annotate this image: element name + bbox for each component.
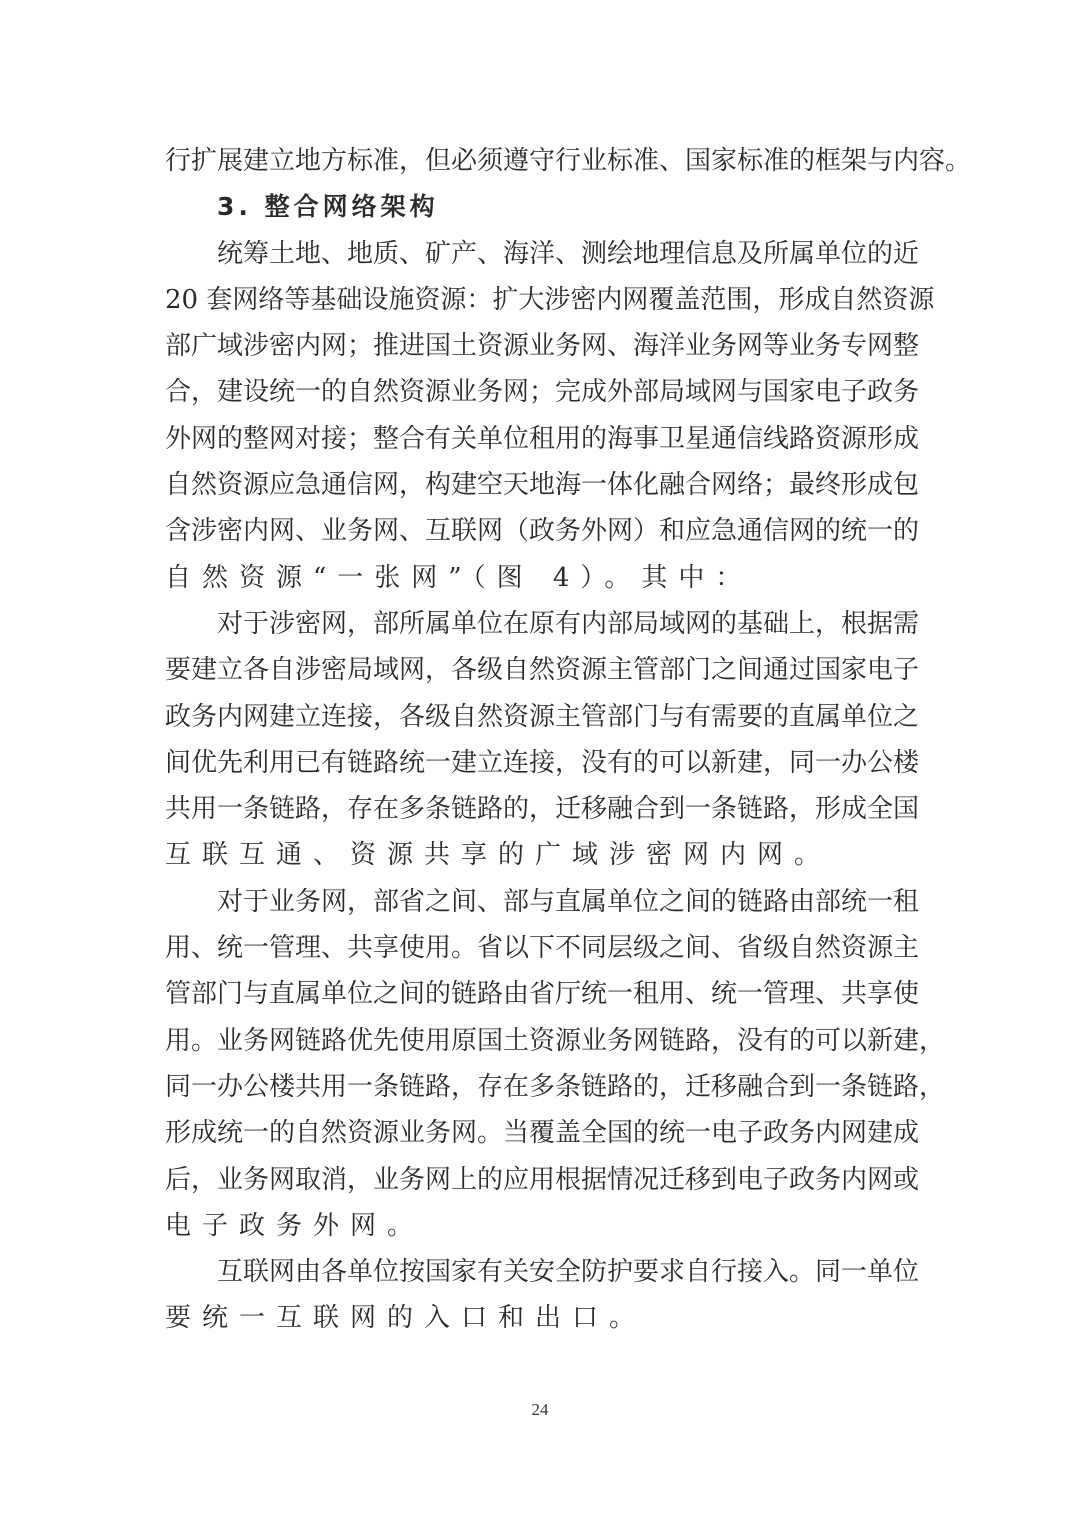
text-line: 管部门与直属单位之间的链路由省厅统一租用、统一管理、共享使	[165, 971, 907, 1017]
text-line: 用、统一管理、共享使用。省以下不同层级之间、省级自然资源主	[165, 925, 907, 971]
text-line: 共用一条链路，存在多条链路的，迁移融合到一条链路，形成全国	[165, 786, 907, 832]
text-line: 部广域涉密内网；推进国土资源业务网、海洋业务网等业务专网整	[165, 323, 907, 369]
paragraph-first-line: 对于涉密网，部所属单位在原有内部局域网的基础上，根据需	[165, 601, 907, 647]
paragraph-last-line: 互联互通、资源共享的广域涉密网内网。	[165, 832, 907, 878]
text-line: 要建立各自涉密局域网，各级自然资源主管部门之间通过国家电子	[165, 647, 907, 693]
paragraph-first-line: 统筹土地、地质、矿产、海洋、测绘地理信息及所属单位的近	[165, 231, 907, 277]
text-line: 间优先利用已有链路统一建立连接，没有的可以新建，同一办公楼	[165, 740, 907, 786]
paragraph-last-line: 电子政务外网。	[165, 1203, 907, 1249]
text-line: 形成统一的自然资源业务网。当覆盖全国的统一电子政务内网建成	[165, 1110, 907, 1156]
text-line: 含涉密内网、业务网、互联网（政务外网）和应急通信网的统一的	[165, 508, 907, 554]
text-line: 政务内网建立连接，各级自然资源主管部门与有需要的直属单位之	[165, 694, 907, 740]
document-page: 行扩展建立地方标准，但必须遵守行业标准、国家标准的框架与内容。 3. 整合网络架…	[165, 138, 907, 1342]
text-line: 用。业务网链路优先使用原国土资源业务网链路，没有的可以新建，	[165, 1018, 907, 1064]
paragraph-last-line: 要统一互联网的入口和出口。	[165, 1295, 907, 1341]
text-line: 行扩展建立地方标准，但必须遵守行业标准、国家标准的框架与内容。	[165, 138, 907, 184]
paragraph-first-line: 对于业务网，部省之间、部与直属单位之间的链路由部统一租	[165, 879, 907, 925]
text-line: 20 套网络等基础设施资源：扩大涉密内网覆盖范围，形成自然资源	[165, 277, 907, 323]
paragraph-first-line: 互联网由各单位按国家有关安全防护要求自行接入。同一单位	[165, 1249, 907, 1295]
text-line: 合，建设统一的自然资源业务网；完成外部局域网与国家电子政务	[165, 369, 907, 415]
text-line: 自然资源应急通信网，构建空天地海一体化融合网络；最终形成包	[165, 462, 907, 508]
text-line: 后，业务网取消，业务网上的应用根据情况迁移到电子政务内网或	[165, 1157, 907, 1203]
page-number: 24	[0, 1400, 1080, 1420]
paragraph-last-line: 自然资源“一张网”（图 4）。其中：	[165, 555, 907, 601]
text-line: 同一办公楼共用一条链路，存在多条链路的，迁移融合到一条链路，	[165, 1064, 907, 1110]
text-line: 外网的整网对接；整合有关单位租用的海事卫星通信线路资源形成	[165, 416, 907, 462]
section-heading: 3. 整合网络架构	[165, 184, 907, 230]
